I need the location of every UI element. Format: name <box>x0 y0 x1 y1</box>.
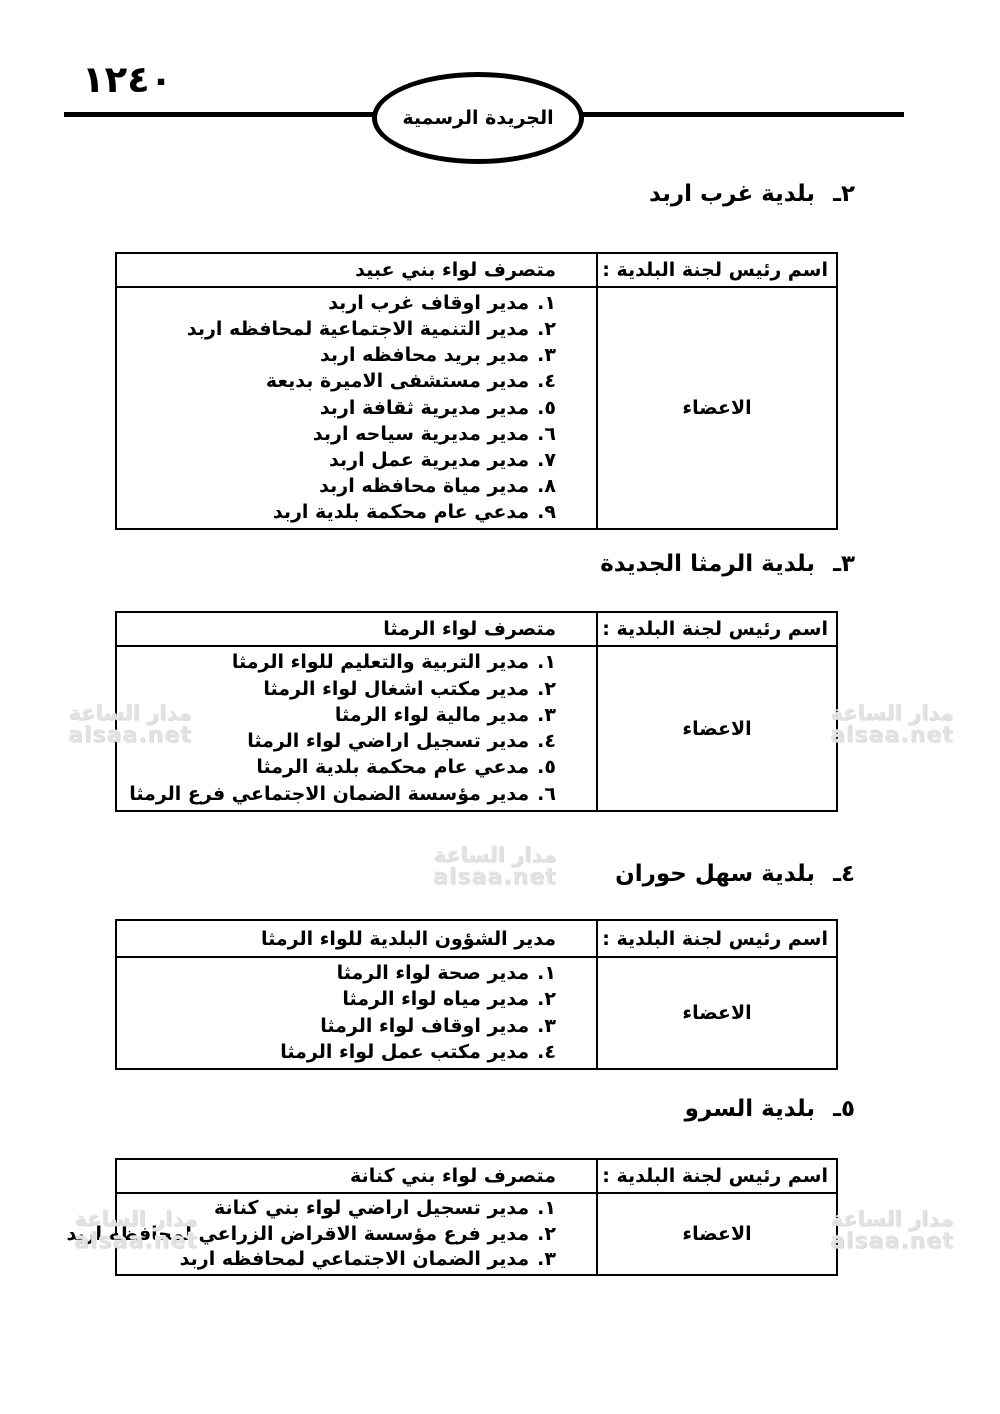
watermark: مدار الساعة alsaa.net <box>822 702 962 747</box>
table-header-row: اسم رئيس لجنة البلدية : متصرف لواء الرمث… <box>117 613 836 647</box>
table-body-row: الاعضاء ١.مدير صحة لواء الرمثا٢.مدير ميا… <box>117 958 836 1068</box>
section-title: بلدية الرمثا الجديدة <box>600 551 815 577</box>
table-saro: اسم رئيس لجنة البلدية : متصرف لواء بني ك… <box>115 1158 838 1276</box>
members-label-cell: الاعضاء <box>596 288 836 528</box>
table-header-row: اسم رئيس لجنة البلدية : متصرف لواء بني ع… <box>117 254 836 288</box>
member-item: ٤.مدير مستشفى الاميرة بديعة <box>117 371 556 392</box>
table-header-row: اسم رئيس لجنة البلدية : متصرف لواء بني ك… <box>117 1160 836 1194</box>
chairman-label-cell: اسم رئيس لجنة البلدية : <box>596 921 836 956</box>
watermark-url: alsaa.net <box>425 866 565 889</box>
gazette-page: ١٢٤٠ الجريدة الرسمية ٢ـ بلدية غرب اربد ا… <box>0 0 1000 1414</box>
section-heading-saro: ٥ـ بلدية السرو <box>685 1096 855 1122</box>
member-item: ٩.مدعي عام محكمة بلدية اربد <box>117 502 556 523</box>
members-list: ١.مدير صحة لواء الرمثا٢.مدير مياه لواء ا… <box>117 958 596 1068</box>
member-item: ١.مدير التربية والتعليم للواء الرمثا <box>117 652 556 673</box>
watermark-arabic: مدار الساعة <box>822 702 962 724</box>
watermark: مدار الساعة alsaa.net <box>822 1208 962 1253</box>
watermark-url: alsaa.net <box>822 1230 962 1253</box>
table-body-row: الاعضاء ١.مدير التربية والتعليم للواء ال… <box>117 647 836 810</box>
members-label-cell: الاعضاء <box>596 647 836 810</box>
member-item: ٤.مدير مكتب عمل لواء الرمثا <box>117 1042 556 1063</box>
watermark: مدار الساعة alsaa.net <box>425 844 565 889</box>
watermark-url: alsaa.net <box>822 724 962 747</box>
watermark-arabic: مدار الساعة <box>822 1208 962 1230</box>
member-item: ٢.مدير مياه لواء الرمثا <box>117 989 556 1010</box>
member-item: ٣.مدير بريد محافظه اربد <box>117 345 556 366</box>
members-label-cell: الاعضاء <box>596 958 836 1068</box>
table-west-irbid: اسم رئيس لجنة البلدية : متصرف لواء بني ع… <box>115 252 838 530</box>
section-number: ٥ـ <box>833 1096 855 1122</box>
section-heading-new-ramtha: ٣ـ بلدية الرمثا الجديدة <box>600 551 855 577</box>
section-title: بلدية غرب اربد <box>649 181 815 207</box>
section-number: ٢ـ <box>833 181 855 207</box>
section-heading-west-irbid: ٢ـ بلدية غرب اربد <box>649 181 855 207</box>
member-item: ٢.مدير فرع مؤسسة الاقراض الزراعي لمحافظه… <box>66 1224 556 1245</box>
table-body-row: الاعضاء ١.مدير تسجيل اراضي لواء بني كنان… <box>117 1194 836 1274</box>
member-item: ٦.مدير مديرية سياحه اربد <box>117 424 556 445</box>
member-item: ٧.مدير مديرية عمل اربد <box>117 450 556 471</box>
chairman-label-cell: اسم رئيس لجنة البلدية : <box>596 1160 836 1192</box>
member-item: ٣.مدير اوقاف لواء الرمثا <box>117 1016 556 1037</box>
gazette-title: الجريدة الرسمية <box>402 107 553 129</box>
chairman-value-cell: متصرف لواء الرمثا <box>117 613 596 645</box>
page-number: ١٢٤٠ <box>82 58 172 101</box>
chairman-label-cell: اسم رئيس لجنة البلدية : <box>596 254 836 286</box>
member-item: ٤.مدير تسجيل اراضي لواء الرمثا <box>117 731 556 752</box>
member-item: ٢.مدير مكتب اشغال لواء الرمثا <box>117 679 556 700</box>
member-item: ٢.مدير التنمية الاجتماعية لمحافظه اربد <box>117 319 556 340</box>
table-header-row: اسم رئيس لجنة البلدية : مدير الشؤون البل… <box>117 921 836 958</box>
section-heading-sahel-horan: ٤ـ بلدية سهل حوران <box>615 861 855 887</box>
member-item: ٣.مدير الضمان الاجتماعي لمحافظه اربد <box>66 1249 556 1270</box>
section-number: ٤ـ <box>833 861 855 887</box>
members-list: ١.مدير التربية والتعليم للواء الرمثا٢.مد… <box>117 647 596 810</box>
member-item: ١.مدير اوقاف غرب اربد <box>117 293 556 314</box>
gazette-title-ellipse: الجريدة الرسمية <box>372 72 584 164</box>
table-body-row: الاعضاء ١.مدير اوقاف غرب اربد٢.مدير التن… <box>117 288 836 528</box>
member-item: ٦.مدير مؤسسة الضمان الاجتماعي فرع الرمثا <box>117 784 556 805</box>
chairman-value-cell: متصرف لواء بني كنانة <box>117 1160 596 1192</box>
section-title: بلدية السرو <box>685 1096 815 1122</box>
section-number: ٣ـ <box>833 551 855 577</box>
table-sahel-horan: اسم رئيس لجنة البلدية : مدير الشؤون البل… <box>115 919 838 1070</box>
member-item: ١.مدير صحة لواء الرمثا <box>117 963 556 984</box>
table-new-ramtha: اسم رئيس لجنة البلدية : متصرف لواء الرمث… <box>115 611 838 812</box>
chairman-value-cell: متصرف لواء بني عبيد <box>117 254 596 286</box>
watermark-arabic: مدار الساعة <box>425 844 565 866</box>
member-item: ٨.مدير مياة محافظه اربد <box>117 476 556 497</box>
members-list: ١.مدير اوقاف غرب اربد٢.مدير التنمية الاج… <box>117 288 596 528</box>
chairman-value-cell: مدير الشؤون البلدية للواء الرمثا <box>117 921 596 956</box>
member-item: ٥.مدير مديرية ثقافة اربد <box>117 398 556 419</box>
member-item: ٣.مدير مالية لواء الرمثا <box>117 705 556 726</box>
section-title: بلدية سهل حوران <box>615 861 815 887</box>
member-item: ١.مدير تسجيل اراضي لواء بني كنانة <box>66 1198 556 1219</box>
member-item: ٥.مدعي عام محكمة بلدية الرمثا <box>117 757 556 778</box>
members-list: ١.مدير تسجيل اراضي لواء بني كنانة٢.مدير … <box>66 1194 596 1274</box>
members-label-cell: الاعضاء <box>596 1194 836 1274</box>
header-rule-right <box>580 112 904 117</box>
header-rule-left <box>64 112 376 117</box>
chairman-label-cell: اسم رئيس لجنة البلدية : <box>596 613 836 645</box>
